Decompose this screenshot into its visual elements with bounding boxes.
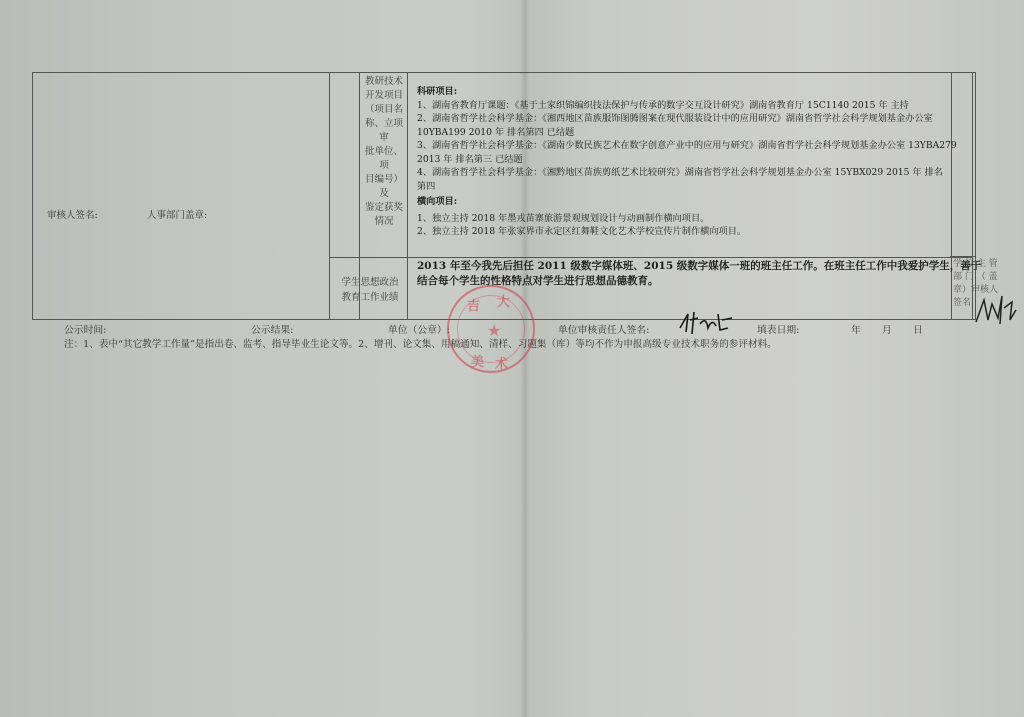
- research-item: 1、湖南省教育厅课题：《基于土家织锦编织技法保护与传承的数字交互设计研究》湖南省…: [417, 99, 947, 113]
- school-dept-signature: [970, 290, 1020, 330]
- research-content: 科研项目: 1、湖南省教育厅课题：《基于土家织锦编织技法保护与传承的数字交互设计…: [417, 85, 947, 239]
- research-item: 3、湖南省哲学社会科学基金：《湖南少数民族艺术在数字创意产业中的应用与研究》湖南…: [417, 139, 947, 153]
- research-item: 2、湖南省哲学社会科学基金：《湘西地区苗族服饰图腾图案在现代服装设计中的应用研究…: [417, 112, 947, 126]
- unit-stamp-label: 单位（公章）:: [388, 322, 450, 336]
- divider: [329, 257, 972, 258]
- official-seal: 吉 大 美 术 ★: [447, 285, 535, 373]
- footnote: 注：1、表中“其它教学工作量”是指出卷、监考、指导毕业生论文等。2、增刊、论文集…: [64, 336, 777, 350]
- label-line: 学生思想政治: [333, 275, 407, 290]
- moral-education-content: 2013 年至今我先后担任 2011 级数字媒体班、2015 级数字媒体一班的班…: [417, 259, 947, 288]
- seal-char: 美: [471, 351, 484, 370]
- label-line: 目编号）及: [361, 173, 407, 201]
- date-day: 日: [913, 322, 923, 336]
- seal-char: 大: [497, 291, 510, 310]
- horizontal-item: 2、独立主持 2018 年张家界市永定区红舞鞋文化艺术学校宣传片制作横向项目。: [417, 225, 947, 239]
- seal-char: 吉: [467, 295, 480, 314]
- label-line: 称、立项审: [361, 117, 407, 145]
- publicity-result-label: 公示结果:: [251, 322, 294, 336]
- label-line: 学 校 主 管: [953, 258, 1003, 271]
- hr-stamp-label: 人事部门盖章:: [147, 207, 207, 221]
- seal-star-icon: ★: [487, 321, 501, 340]
- research-label: 教研技术 开发项目 （项目名 称、立项审 批单位、项 目编号）及 鉴定获奖 情况: [361, 75, 407, 229]
- date-year: 年: [851, 322, 861, 336]
- fill-date-label: 填表日期:: [757, 322, 800, 336]
- review-form-table: 审核人签名: 人事部门盖章: 教研技术 开发项目 （项目名 称、立项审 批单位、…: [32, 72, 973, 320]
- research-heading: 科研项目:: [417, 85, 947, 99]
- divider: [407, 73, 408, 319]
- horizontal-heading: 横向项目:: [417, 195, 947, 209]
- horizontal-item: 1、独立主持 2018 年墨戎苗寨旅游景观规划设计与动画制作横向项目。: [417, 212, 947, 226]
- moral-education-label: 学生思想政治 教育工作业绩: [333, 275, 407, 305]
- seal-char: 术: [495, 353, 508, 372]
- text-line: 2013 年至今我先后担任 2011 级数字媒体班、2015 级数字媒体一班的班…: [417, 259, 947, 274]
- reviewer-sign-label: 审核人签名:: [47, 207, 98, 221]
- divider: [329, 73, 330, 319]
- divider: [950, 256, 976, 257]
- label-line: 批单位、项: [361, 145, 407, 173]
- research-item: 4、湖南省哲学社会科学基金：《湘黔地区苗族剪纸艺术比较研究》湖南省哲学社会科学规…: [417, 166, 947, 180]
- unit-reviewer-sign-label: 单位审核责任人签名:: [558, 322, 649, 336]
- label-line: 教育工作业绩: [333, 290, 407, 305]
- unit-reviewer-signature: [676, 306, 736, 336]
- label-line: 部 门 （ 盖: [953, 271, 1003, 284]
- research-item-cont: 10YBA199 2010 年 排名第四 已结题: [417, 126, 947, 140]
- label-line: 情况: [361, 215, 407, 229]
- date-month: 月: [882, 322, 892, 336]
- label-line: 开发项目: [361, 89, 407, 103]
- label-line: （项目名: [361, 103, 407, 117]
- research-item-cont: 第四: [417, 180, 947, 194]
- research-item-cont: 2013 年 排名第三 已结题: [417, 153, 947, 167]
- label-line: 鉴定获奖: [361, 201, 407, 215]
- publicity-time-label: 公示时间:: [64, 322, 107, 336]
- label-line: 教研技术: [361, 75, 407, 89]
